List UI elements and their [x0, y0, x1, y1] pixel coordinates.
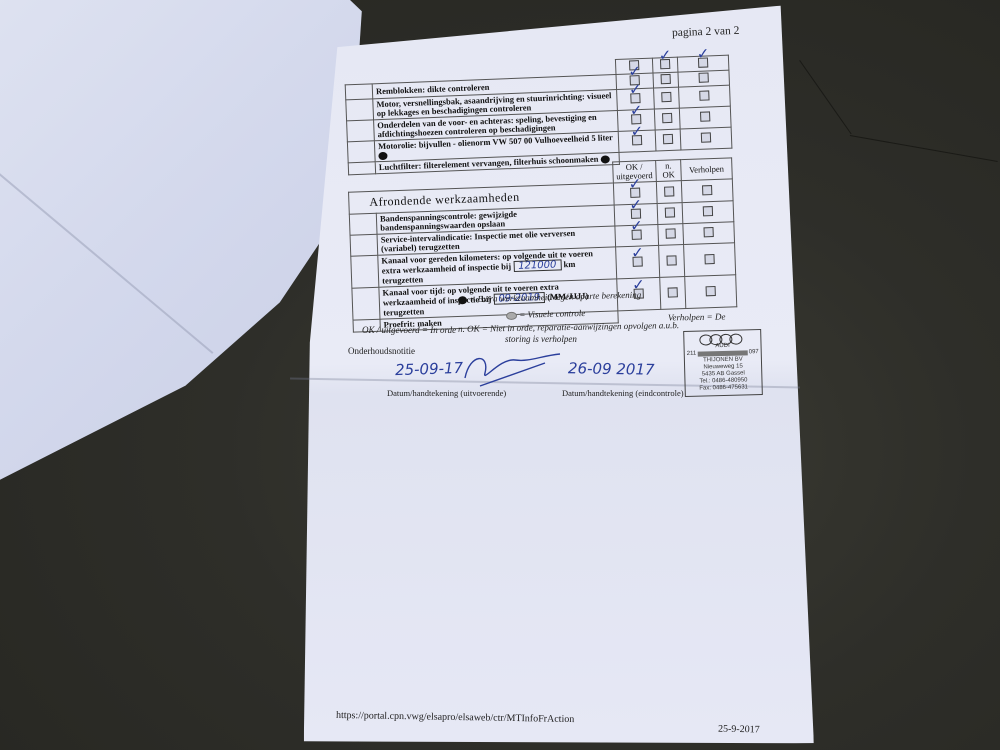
checklist-table: Remblokken: dikte controleren Motor, ver… — [344, 55, 733, 176]
checkbox-nok[interactable] — [666, 255, 676, 265]
checkbox-fixed[interactable] — [700, 111, 710, 121]
signature-date-final: 26-09 2017 — [568, 359, 655, 379]
checkbox-fixed[interactable] — [704, 254, 714, 264]
signature-scribble — [460, 348, 570, 388]
checkbox-nok[interactable] — [665, 207, 675, 217]
label-final: Datum/handtekening (eindcontrole) — [562, 388, 684, 398]
checkbox-nok[interactable] — [661, 92, 671, 102]
checkbox-nok[interactable] — [661, 74, 671, 84]
dealer-stamp: AUDI 211 097 THIJONEN BV Nieuweweg 15 54… — [683, 329, 763, 397]
col-header-nok: n. OK — [656, 160, 682, 182]
footer-date: 25-9-2017 — [718, 724, 760, 736]
checkbox-fixed[interactable] — [701, 132, 711, 142]
legend-fixed-cont: storing is verholpen — [505, 334, 577, 344]
page-number: pagina 2 van 2 — [672, 25, 740, 39]
checkbox-nok[interactable] — [666, 228, 676, 238]
checkbox-nok[interactable] — [668, 287, 678, 297]
checkbox-ok[interactable] — [632, 135, 642, 145]
floor-crack — [799, 60, 851, 134]
final-tasks-table: OK / uitgevoerd n. OK Verholpen Afronden… — [347, 157, 737, 332]
checkbox-ok[interactable] — [632, 256, 642, 266]
legend-ok: OK / uitgevoerd = In orde — [362, 325, 456, 335]
checkbox-fixed[interactable] — [703, 227, 713, 237]
legend-fixed: Verholpen = De — [668, 311, 726, 322]
extra-work-dot-icon — [458, 296, 467, 304]
checkbox-ok[interactable] — [631, 230, 641, 240]
visual-check-icon — [506, 312, 517, 320]
checkbox-fixed[interactable] — [699, 90, 709, 100]
label-executor: Datum/handtekening (uitvoerende) — [387, 388, 506, 398]
signature-date-executor: 25-09-17 — [395, 359, 464, 379]
extra-work-dot-icon — [378, 152, 387, 160]
notes-label: Onderhoudsnotitie — [348, 346, 415, 356]
col-header-fixed: Verholpen — [681, 158, 733, 181]
checkbox-nok[interactable] — [664, 186, 674, 196]
legend-visual: = Visuele controle — [506, 308, 586, 320]
checkbox[interactable] — [660, 59, 670, 69]
checkbox-fixed[interactable] — [706, 285, 716, 295]
checkbox-fixed[interactable] — [702, 185, 712, 195]
checkbox-nok[interactable] — [662, 113, 672, 123]
checkbox-fixed[interactable] — [698, 72, 708, 82]
checkbox-nok[interactable] — [663, 134, 673, 144]
km-field[interactable]: 121000 — [513, 259, 562, 272]
floor-crack — [850, 135, 998, 162]
checkbox-fixed[interactable] — [703, 206, 713, 216]
checkbox[interactable] — [698, 57, 708, 67]
